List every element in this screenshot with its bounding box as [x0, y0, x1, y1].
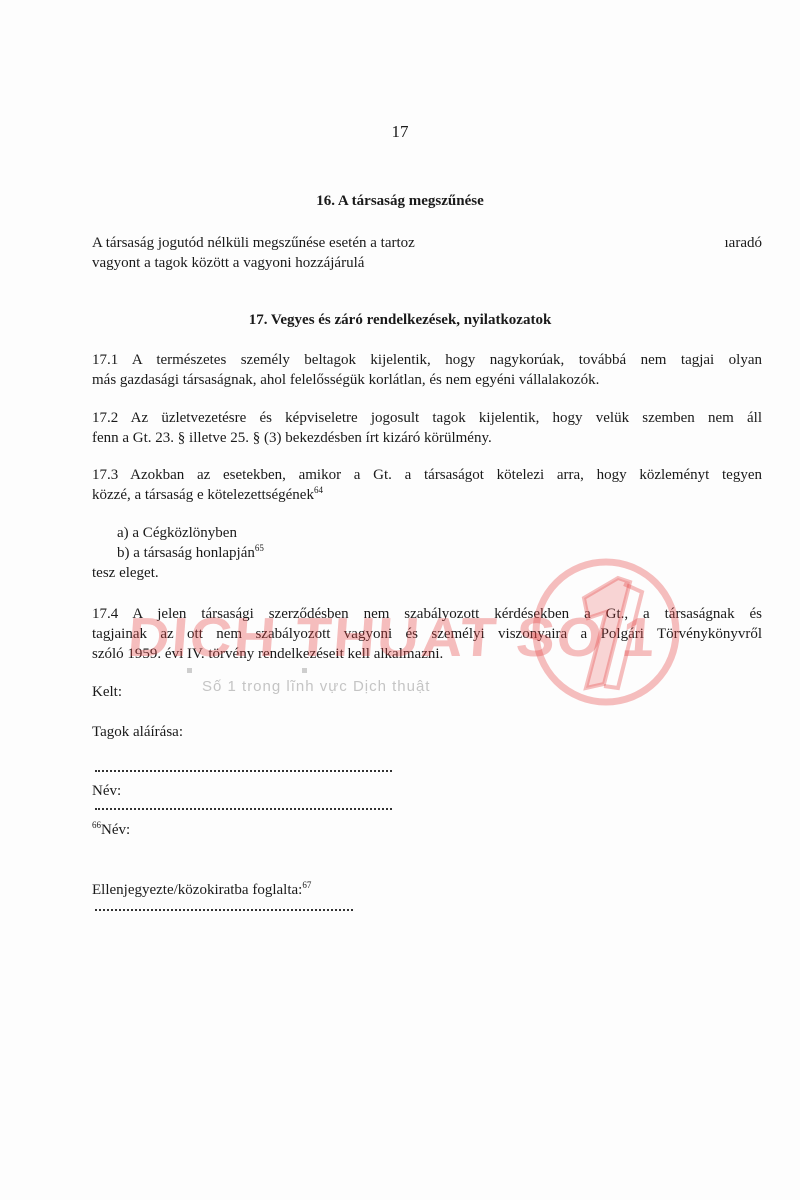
countersign-label: Ellenjegyezte/közokiratba foglalta: [92, 882, 302, 898]
p173-item-a: a) a Cégközlönyben [92, 523, 762, 543]
signature-line-2[interactable] [95, 808, 392, 810]
paragraph-17-1: 17.1 A természetes személy beltagok kije… [92, 350, 762, 390]
watermark-dot-left [187, 668, 192, 673]
p173-item-b-text: b) a társaság honlapján [117, 545, 255, 561]
countersign-row: Ellenjegyezte/közokiratba foglalta:67 [92, 880, 762, 900]
footnote-64[interactable]: 64 [314, 485, 323, 495]
footnote-65[interactable]: 65 [255, 543, 264, 553]
page-number: 17 [0, 122, 800, 142]
p172-line1: 17.2 Az üzletvezetésre és képviseletre j… [92, 408, 762, 428]
paragraph-17-2: 17.2 Az üzletvezetésre és képviseletre j… [92, 408, 762, 448]
members-signature-label: Tagok aláírása: [92, 722, 762, 742]
name2-label: Név: [101, 822, 130, 838]
p172-line2: fenn a Gt. 23. § illetve 25. § (3) bekez… [92, 428, 762, 448]
signature-line-1[interactable] [95, 770, 392, 772]
section-16-line1-right: ıaradó [725, 233, 762, 253]
section-16-line1-left: A társaság jogutód nélküli megszűnése es… [92, 233, 415, 253]
p171-line1: 17.1 A természetes személy beltagok kije… [92, 350, 762, 370]
watermark-logo-icon [526, 556, 686, 716]
name2-row: 66Név: [92, 820, 762, 840]
section-16-heading: 16. A társaság megszűnése [0, 193, 800, 210]
countersign-line[interactable] [95, 909, 353, 911]
watermark-dot-right [302, 668, 307, 673]
p173-line1: 17.3 Azokban az esetekben, amikor a Gt. … [92, 465, 762, 485]
document-page: 17 16. A társaság megszűnése A társaság … [0, 0, 800, 1200]
footnote-66[interactable]: 66 [92, 820, 101, 830]
p173-line2: közzé, a társaság e kötelezettségének64 [92, 485, 762, 505]
footnote-67[interactable]: 67 [302, 880, 311, 890]
name1-label: Név: [92, 781, 762, 801]
watermark-tagline: Số 1 trong lĩnh vực Dịch thuật [202, 678, 430, 695]
section-16-line2-left: vagyont a tagok között a vagyoni hozzájá… [92, 253, 364, 273]
p173-line2-text: közzé, a társaság e kötelezettségének [92, 487, 314, 503]
p171-line2: más gazdasági társaságnak, ahol felelőss… [92, 370, 762, 390]
section-17-heading: 17. Vegyes és záró rendelkezések, nyilat… [0, 312, 800, 329]
